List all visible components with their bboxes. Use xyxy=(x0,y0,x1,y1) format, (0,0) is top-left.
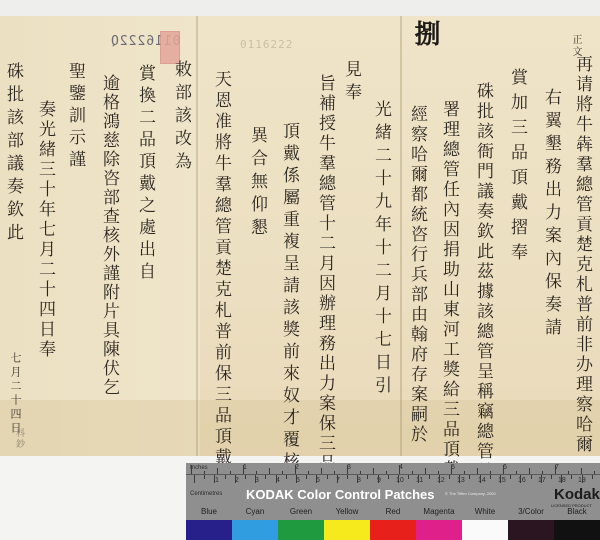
patch-white xyxy=(462,520,508,540)
inches-label: Inches xyxy=(190,465,208,471)
patch-yellow xyxy=(324,520,370,540)
ruler-tick xyxy=(225,475,226,479)
ruler-tick xyxy=(490,471,491,474)
copyright-notice: © The Tiffen Company, 2000 xyxy=(445,491,496,496)
patch-label-white: White xyxy=(462,507,508,519)
ruler-tick xyxy=(194,475,195,483)
cm-tick-label: 11 xyxy=(416,477,423,484)
ruler-tick xyxy=(230,471,231,474)
cm-tick-label: 16 xyxy=(518,477,526,484)
patch-label-blue: Blue xyxy=(186,507,232,519)
text-column: 天恩准將牛羣總管貢楚克札普前保三品頂戴 xyxy=(212,70,229,469)
text-column: 硃批該衙門議奏欽此茲據該總管呈稱竊總管前在 xyxy=(474,82,491,502)
patch-label-magenta: Magenta xyxy=(416,507,462,519)
ruler-tick xyxy=(235,475,236,483)
patch-label-3color: 3/Color xyxy=(508,507,554,519)
ruler-tick xyxy=(286,475,287,479)
ruler-tick xyxy=(295,465,296,474)
text-column: 逾格鴻慈除咨部查核外謹附片具陳伏乞 xyxy=(100,74,117,397)
ruler-tick xyxy=(388,475,389,479)
ruler-tick xyxy=(500,475,501,483)
ruler-tick xyxy=(490,475,491,479)
ruler-tick xyxy=(276,475,277,483)
ruler-centimetres: 1 2 3 4 5 6 7 8 9 10 11 12 13 14 15 16 1… xyxy=(186,475,600,487)
fold-line-left xyxy=(196,16,198,456)
ruler-tick xyxy=(480,475,481,483)
ruler-tick xyxy=(367,475,368,479)
text-column: 旨補授牛羣總管十二月因辦理務出力案保三品 xyxy=(316,74,333,474)
ruler-tick xyxy=(191,465,192,474)
paper-stain-band xyxy=(0,400,600,456)
ruler-tick xyxy=(308,471,309,474)
ruler-tick xyxy=(541,475,542,483)
text-column: 異合無仰懇 xyxy=(248,126,265,241)
kodak-strip-title: KODAK Color Control Patches xyxy=(246,487,435,502)
text-column: 見奉 xyxy=(342,60,359,106)
patch-labels: Blue Cyan Green Yellow Red Magenta White… xyxy=(186,507,600,519)
ruler-tick xyxy=(531,475,532,479)
patch-black xyxy=(554,520,600,540)
ruler-tick xyxy=(265,475,266,479)
ruler-tick xyxy=(321,468,322,474)
ruler-tick xyxy=(581,468,582,474)
text-column: 署理總管任內因捐助山東河工獎給三品頂戴 xyxy=(440,100,457,480)
patch-label-cyan: Cyan xyxy=(232,507,278,519)
text-column: 聖鑒訓示謹 xyxy=(66,62,83,172)
scan-background xyxy=(0,0,600,16)
ruler-tick xyxy=(459,475,460,483)
ruler-tick xyxy=(357,475,358,483)
cm-tick-label: 17 xyxy=(538,477,546,484)
ruler-tick xyxy=(327,475,328,479)
text-column: 經察哈爾都統咨行兵部由翰府存案嗣於 xyxy=(408,105,425,445)
ruler-tick xyxy=(568,471,569,474)
ruler-tick xyxy=(282,471,283,474)
text-column: 硃批該部議奏欽此 xyxy=(4,62,21,246)
ruler-tick xyxy=(217,468,218,474)
ruler-tick xyxy=(542,471,543,474)
date-note: 七月二十四日 xyxy=(10,352,21,436)
ruler-tick xyxy=(520,475,521,483)
ruler-tick xyxy=(469,475,470,479)
patch-label-yellow: Yellow xyxy=(324,507,370,519)
ruler-tick xyxy=(412,471,413,474)
patch-label-red: Red xyxy=(370,507,416,519)
ruler-tick xyxy=(269,468,270,474)
ruler-tick xyxy=(449,475,450,479)
ruler-tick xyxy=(347,465,348,474)
ruler-tick xyxy=(398,475,399,483)
color-patches xyxy=(186,520,600,540)
ruler-tick xyxy=(516,471,517,474)
ruler-tick xyxy=(255,475,256,483)
ruler-tick xyxy=(296,475,297,483)
ruler-tick xyxy=(373,468,374,474)
ruler-tick xyxy=(592,475,593,479)
archive-serial-stamp-faint: 0116222 xyxy=(240,38,293,51)
ruler-tick xyxy=(386,471,387,474)
ruler-inches: Inches 1 2 3 4 5 6 7 xyxy=(186,463,600,475)
annotation-mark: 捌 xyxy=(412,20,438,46)
clerk-note: 科鈔 xyxy=(14,428,23,450)
kodak-color-control-strip: Inches 1 2 3 4 5 6 7 1 2 3 4 5 6 7 8 9 1… xyxy=(186,463,600,540)
patch-green xyxy=(278,520,324,540)
text-column: 敕部該改為 xyxy=(172,60,189,175)
ruler-tick xyxy=(204,471,205,474)
ruler-tick xyxy=(571,475,572,479)
text-column: 奏光緒三十年七月二十四日奉 xyxy=(36,100,53,360)
ruler-tick xyxy=(477,468,478,474)
ruler-tick xyxy=(408,475,409,479)
ruler-tick xyxy=(451,465,452,474)
ruler-tick xyxy=(347,475,348,479)
ruler-tick xyxy=(256,471,257,474)
ruler-tick xyxy=(555,465,556,474)
patch-label-black: Black xyxy=(554,507,600,519)
ruler-tick xyxy=(582,475,583,483)
ruler-tick xyxy=(334,471,335,474)
patch-cyan xyxy=(232,520,278,540)
cm-tick-label: 13 xyxy=(457,477,465,484)
centimetres-label: Centimetres xyxy=(190,491,222,497)
ruler-tick xyxy=(438,471,439,474)
ruler-tick xyxy=(337,475,338,483)
cm-tick-label: 1 xyxy=(215,477,219,484)
ruler-tick xyxy=(561,475,562,483)
ruler-tick xyxy=(439,475,440,483)
text-column: 右翼墾務出力案內保奏請 xyxy=(542,88,559,341)
ruler-tick xyxy=(378,475,379,483)
fold-line-right xyxy=(400,16,402,456)
patch-label-green: Green xyxy=(278,507,324,519)
ruler-tick xyxy=(551,475,552,479)
ruler-tick xyxy=(360,471,361,474)
ruler-tick xyxy=(243,465,244,474)
ruler-tick xyxy=(510,475,511,479)
patch-red xyxy=(370,520,416,540)
ruler-tick xyxy=(425,468,426,474)
text-column: 光緒二十九年十二月十七日引 xyxy=(372,100,389,399)
text-column: 賞換二品頂戴之處出自 xyxy=(136,64,153,284)
ruler-tick xyxy=(594,471,595,474)
ruler-tick xyxy=(503,465,504,474)
text-column: 賞加三品頂戴摺奉 xyxy=(508,68,525,268)
text-column: 頂戴係屬重複呈請該獎前來奴才覆核無 xyxy=(280,122,297,496)
ruler-tick xyxy=(316,475,317,483)
ruler-tick xyxy=(464,471,465,474)
ruler-tick xyxy=(214,475,215,483)
patch-magenta xyxy=(416,520,462,540)
ruler-tick xyxy=(399,465,400,474)
ruler-tick xyxy=(429,475,430,479)
ruler-tick xyxy=(529,468,530,474)
patch-blue xyxy=(186,520,232,540)
kodak-logo: Kodak xyxy=(554,486,600,503)
patch-3color xyxy=(508,520,554,540)
ruler-tick xyxy=(245,475,246,479)
ruler-tick xyxy=(306,475,307,479)
ruler-tick xyxy=(204,475,205,479)
text-column: 再请將牛犇羣總管貢楚克札普前非办理察哈爾 xyxy=(573,55,590,455)
ruler-tick xyxy=(418,475,419,483)
